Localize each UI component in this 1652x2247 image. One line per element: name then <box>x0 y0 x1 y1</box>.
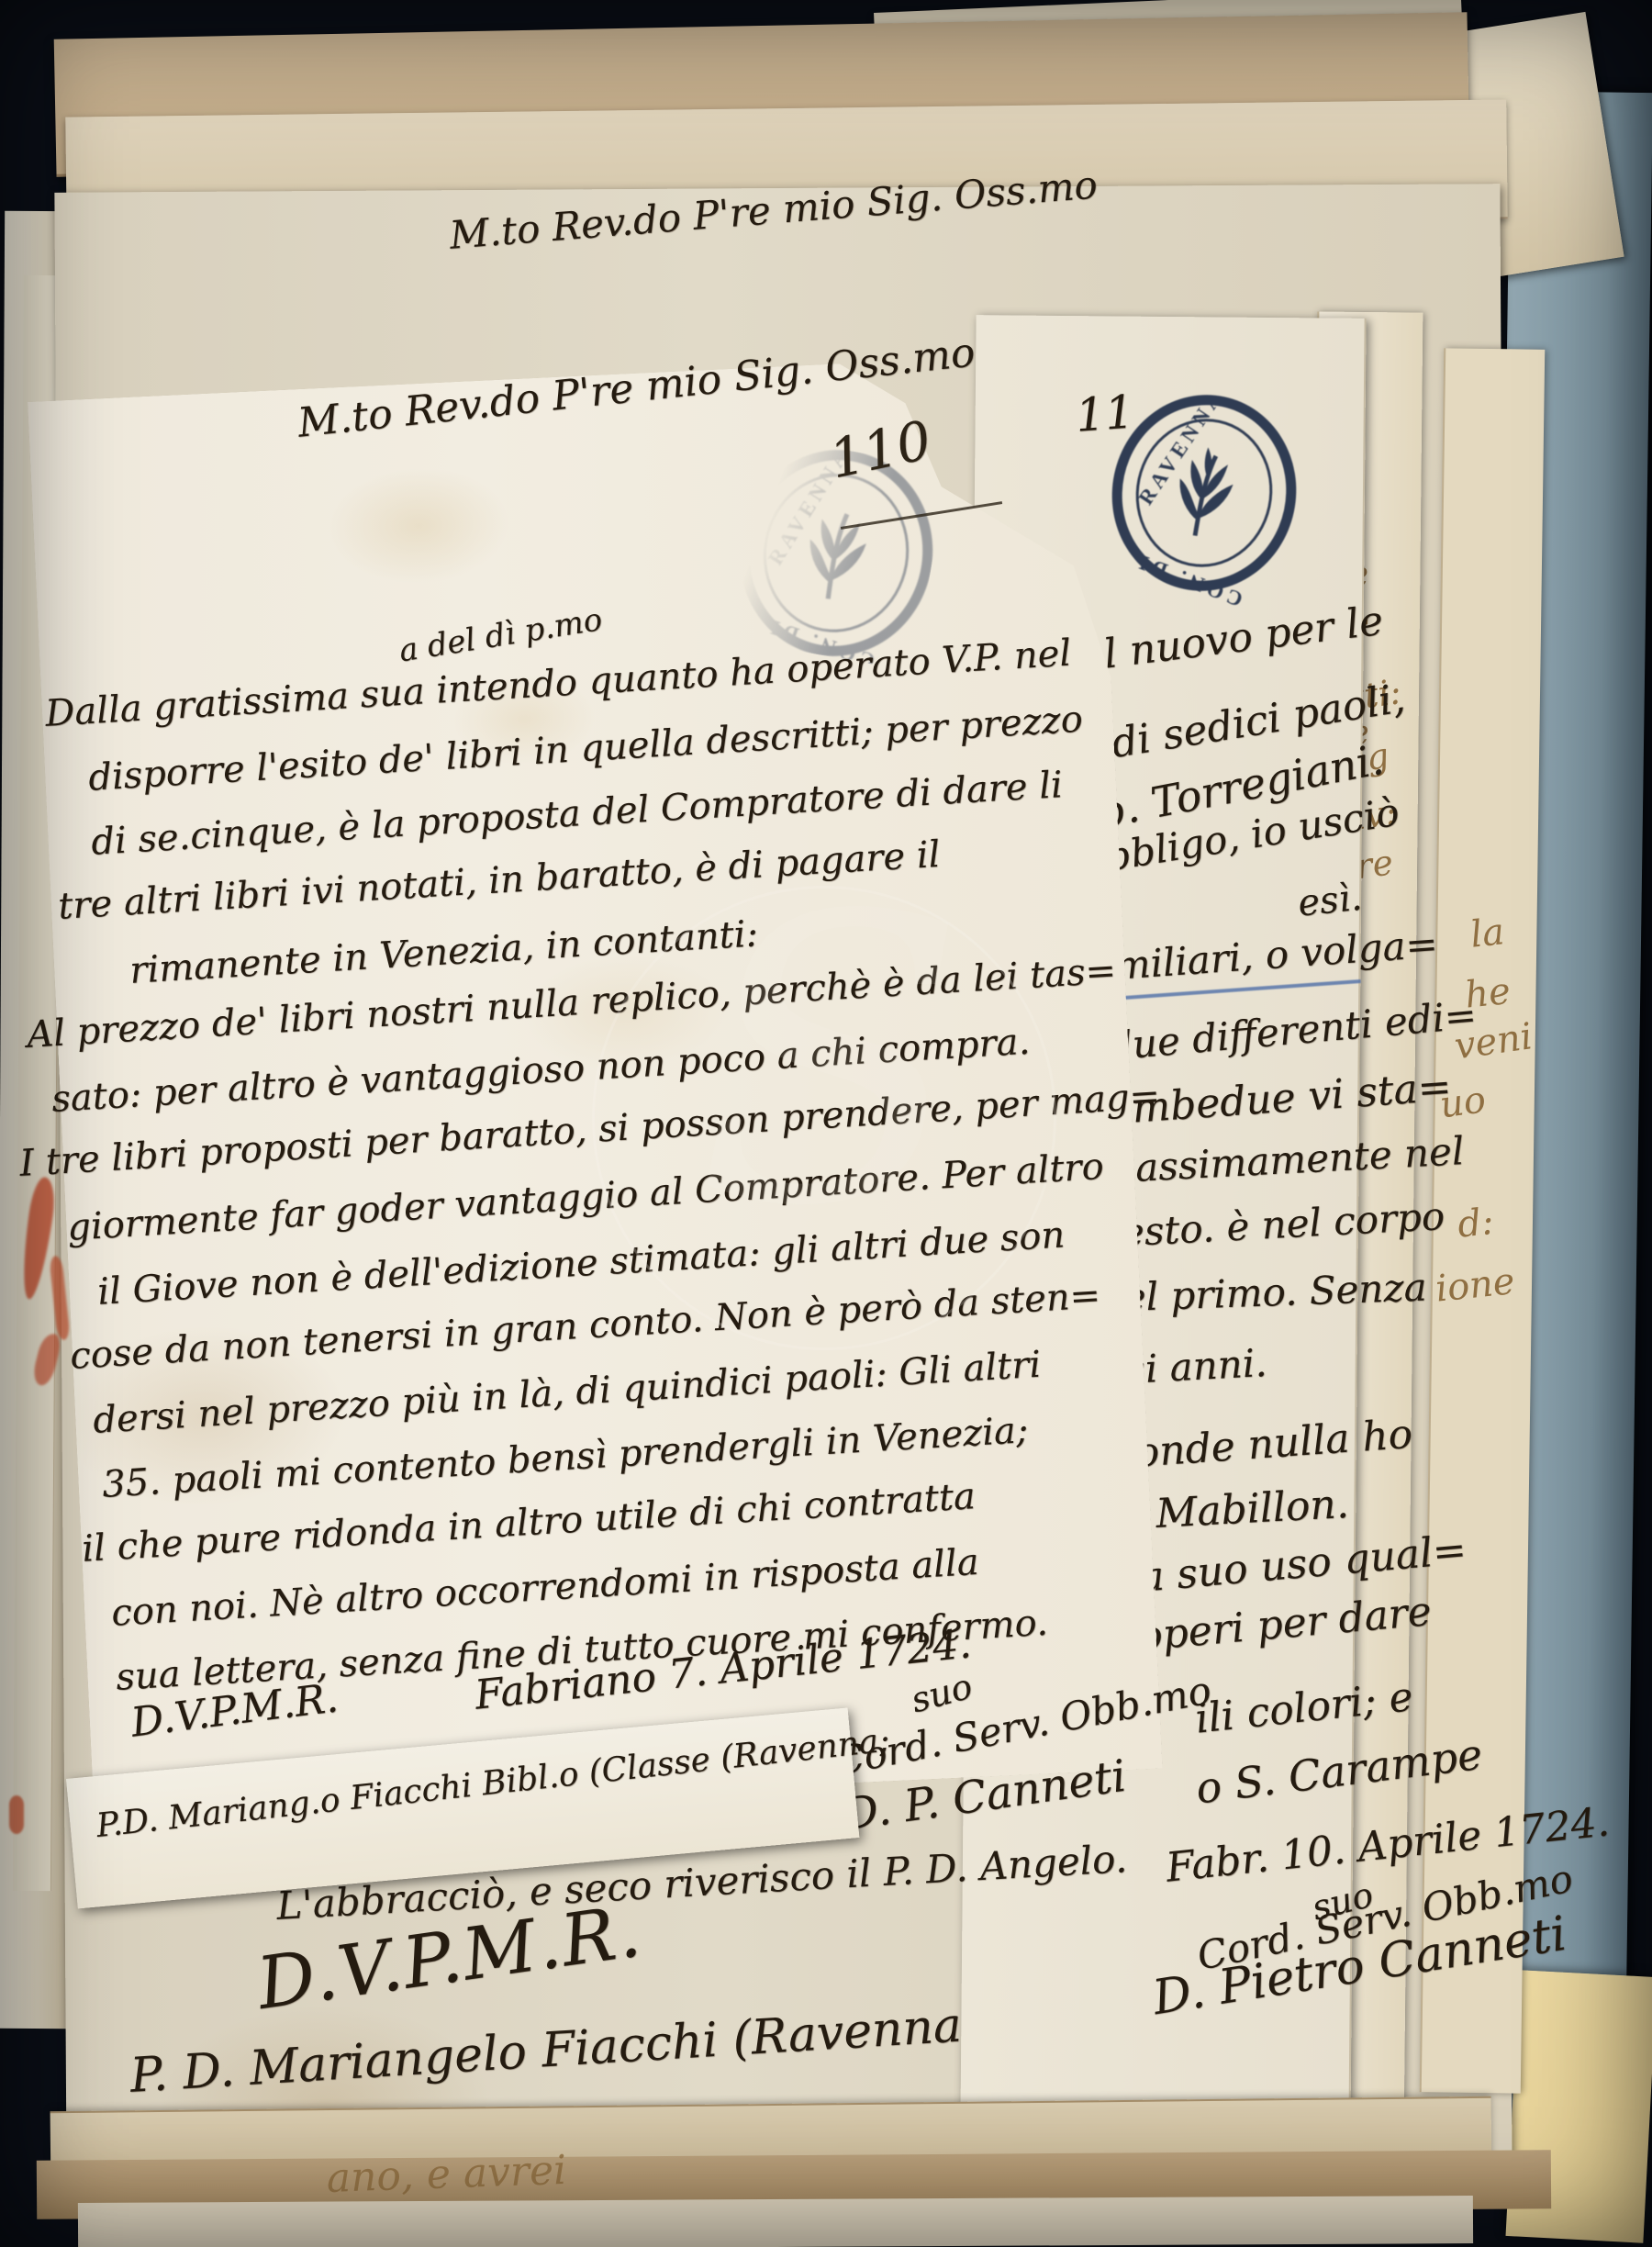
bottom-fragment: ano, e avrei <box>326 2147 567 2202</box>
manuscript-photo: M.to Rev.do P're mio Sig. Oss.mo re er e… <box>0 0 1652 2247</box>
side-fragment: la <box>1468 911 1506 956</box>
right-fragment: esì. <box>1296 877 1364 925</box>
side-fragment: d: <box>1456 1201 1496 1246</box>
red-ink-mark <box>9 1795 24 1834</box>
side-fragment: ione <box>1434 1260 1517 1311</box>
right-fragment: si anni. <box>1124 1340 1268 1392</box>
paper-edge-band <box>78 2196 1473 2247</box>
